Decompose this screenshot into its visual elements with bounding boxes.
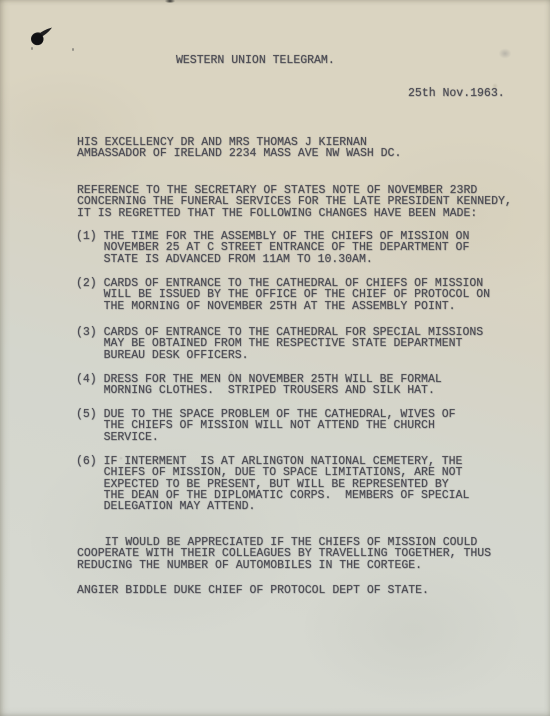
ink-speck (72, 48, 74, 51)
telegram-title: WESTERN UNION TELEGRAM. (176, 55, 335, 66)
ink-speck (31, 47, 33, 50)
reference-paragraph: REFERENCE TO THE SECRETARY OF STATES NOT… (77, 185, 512, 219)
faint-paper-smudge (497, 47, 513, 60)
list-item-4: (4) DRESS FOR THE MEN ON NOVEMBER 25TH W… (76, 374, 442, 397)
list-item-6: (6) IF INTERMENT IS AT ARLINGTON NATIONA… (76, 456, 469, 513)
list-item-3: (3) CARDS OF ENTRANCE TO THE CATHEDRAL F… (76, 327, 483, 361)
list-item-5: (5) DUE TO THE SPACE PROBLEM OF THE CATH… (76, 409, 456, 443)
top-edge-smudge (163, 0, 177, 4)
telegram-document: WESTERN UNION TELEGRAM. 25th Nov.1963. H… (0, 0, 550, 716)
signature-line: ANGIER BIDDLE DUKE CHIEF OF PROTOCOL DEP… (77, 585, 429, 596)
list-item-1: (1) THE TIME FOR THE ASSEMBLY OF THE CHI… (76, 231, 469, 265)
date-line: 25th Nov.1963. (408, 88, 505, 99)
list-item-2: (2) CARDS OF ENTRANCE TO THE CATHEDRAL O… (76, 278, 490, 312)
ink-blot-icon (28, 26, 54, 48)
closing-paragraph: IT WOULD BE APPRECIATED IF THE CHIEFS OF… (77, 537, 491, 571)
recipient-address: HIS EXCELLENCY DR AND MRS THOMAS J KIERN… (77, 137, 401, 160)
